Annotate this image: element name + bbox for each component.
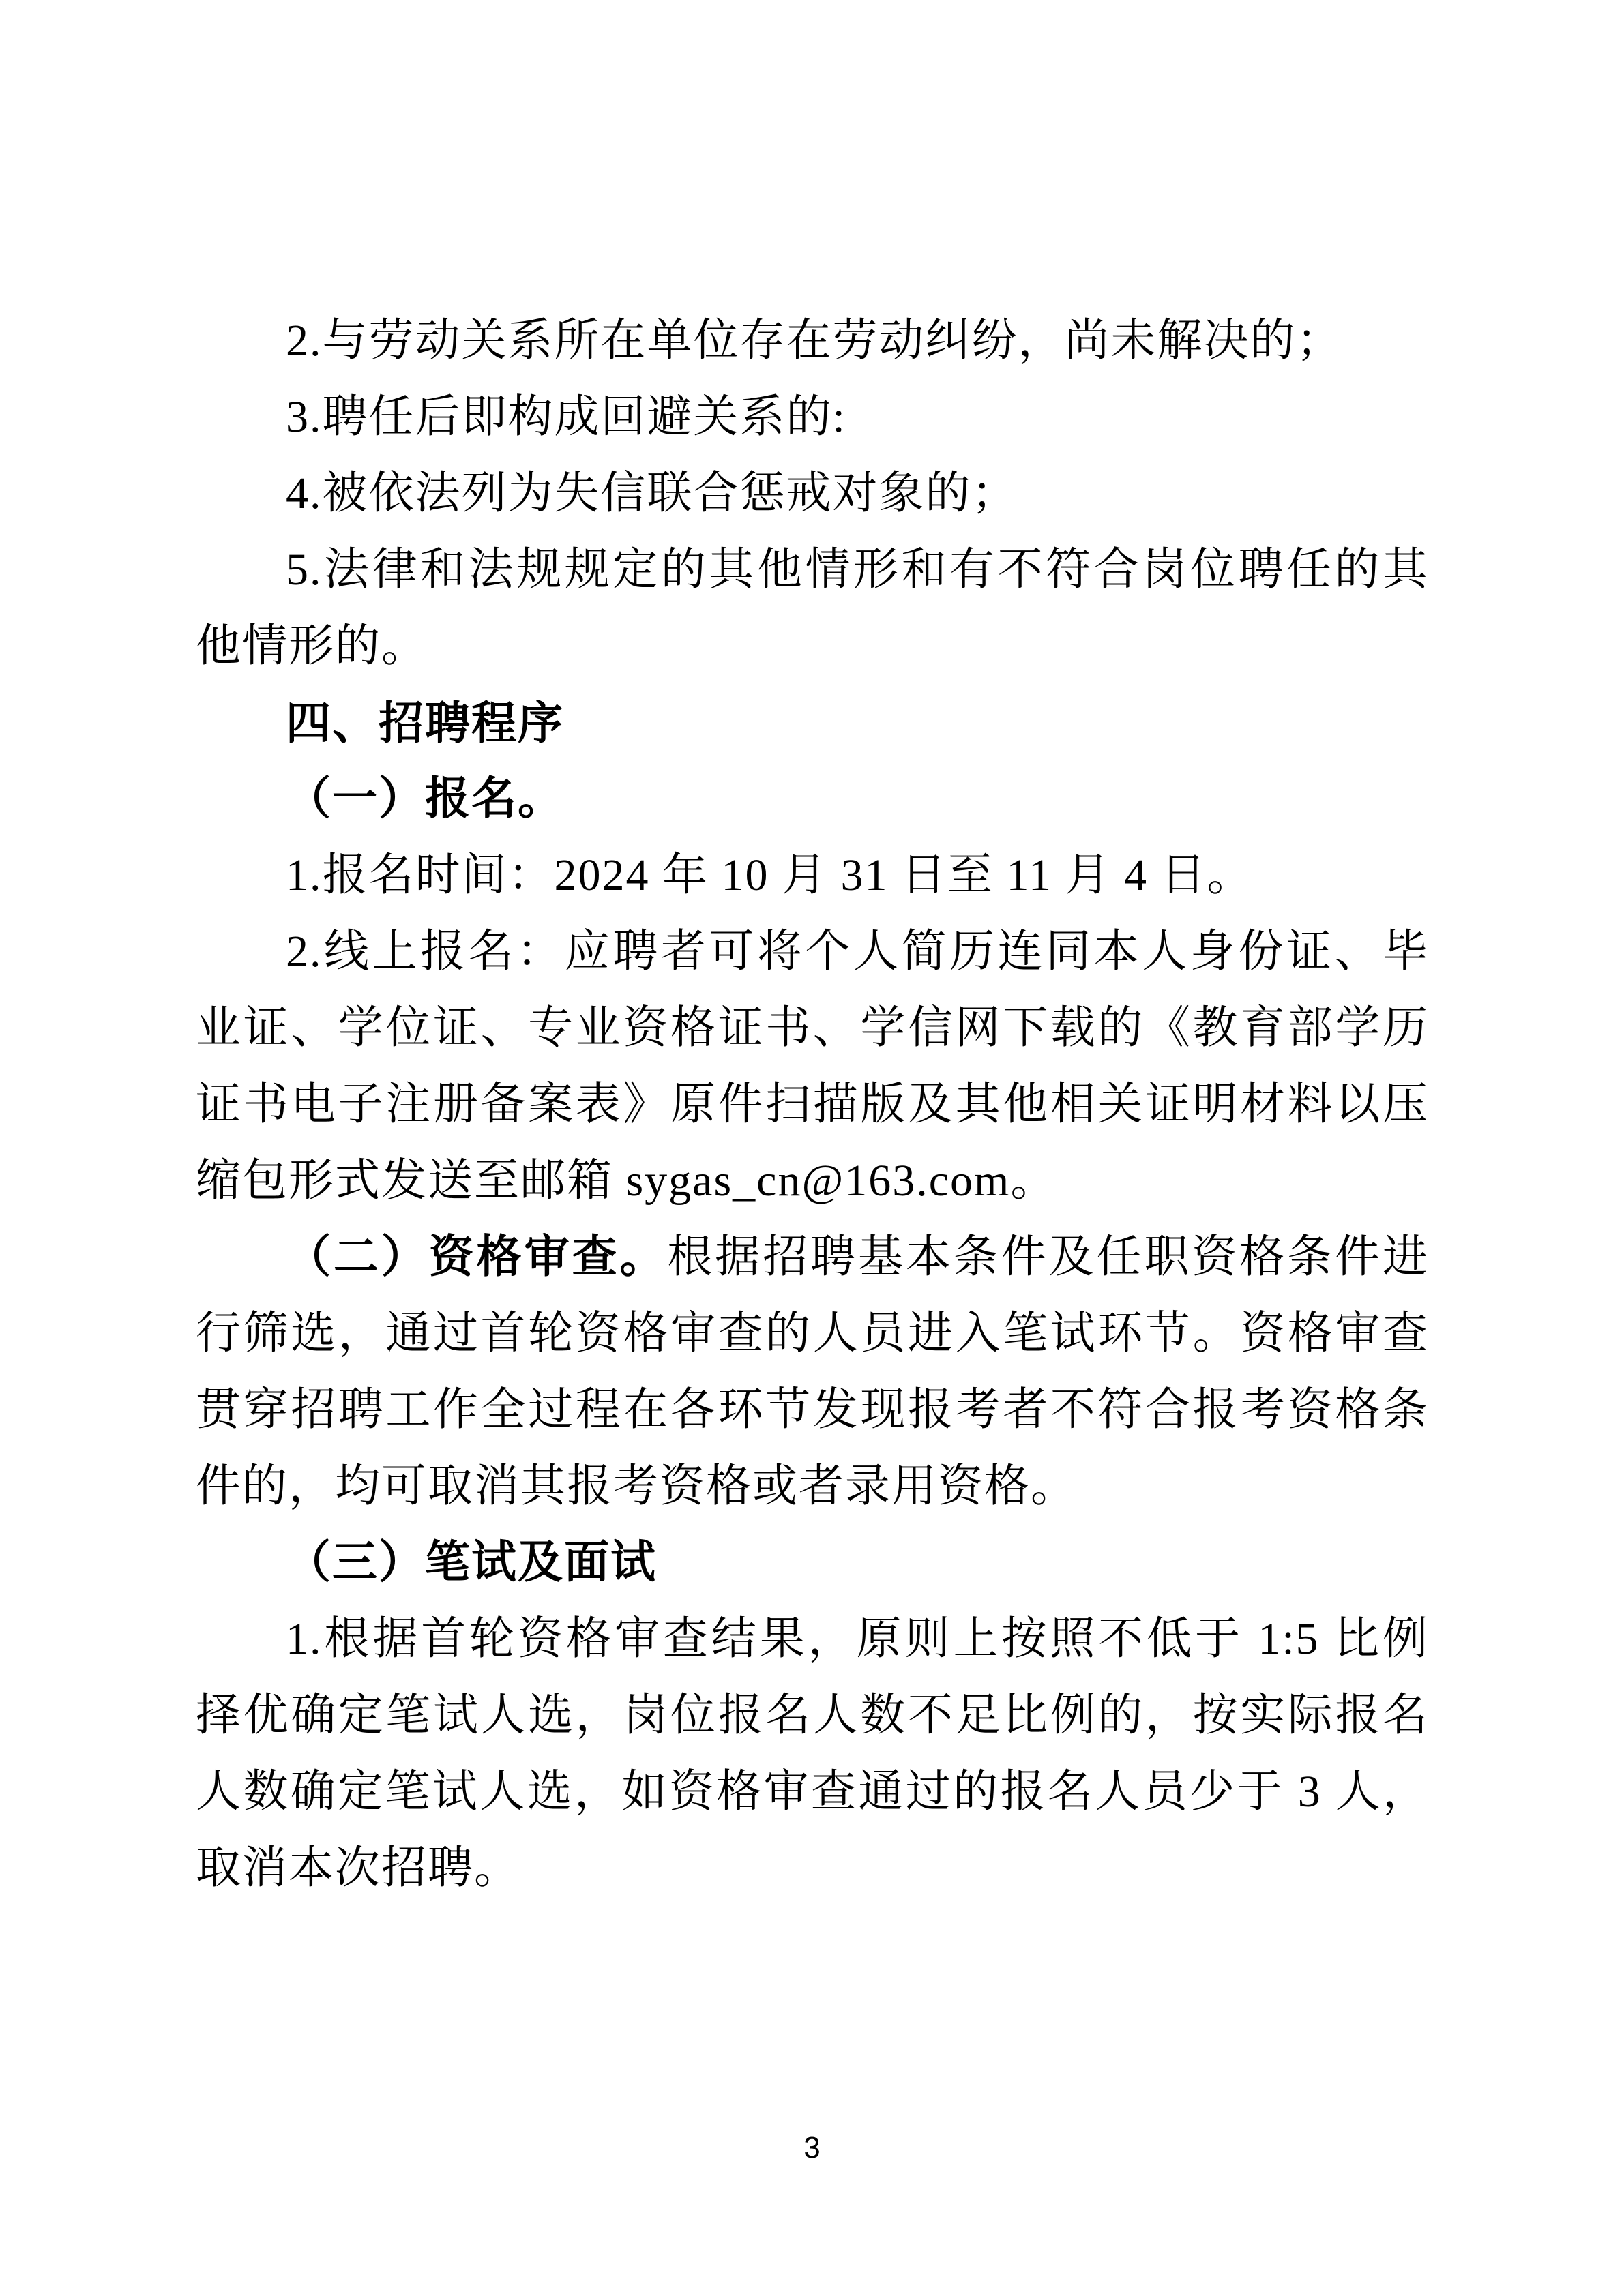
subsection-heading-registration: （一）报名。 <box>196 761 1429 837</box>
document-page: 2.与劳动关系所在单位存在劳动纠纷，尚未解决的； 3.聘任后即构成回避关系的: … <box>0 0 1624 2296</box>
paragraph-qualification-review: （二）资格审查。根据招聘基本条件及任职资格条件进行筛选，通过首轮资格审查的人员进… <box>196 1219 1429 1525</box>
list-item-avoidance-relationship: 3.聘任后即构成回避关系的: <box>196 379 1429 456</box>
list-item-other-circumstances: 5.法律和法规规定的其他情形和有不符合岗位聘任的其他情形的。 <box>196 532 1429 685</box>
subsection-heading-written-test-interview: （三）笔试及面试 <box>196 1525 1429 1601</box>
subsection-lead-qualification-review: （二）资格审查。 <box>286 1232 667 1282</box>
list-item-labor-dispute: 2.与劳动关系所在单位存在劳动纠纷，尚未解决的； <box>196 303 1429 379</box>
paragraph-registration-time: 1.报名时间：2024 年 10 月 31 日至 11 月 4 日。 <box>196 837 1429 914</box>
list-item-dishonesty-sanction: 4.被依法列为失信联合惩戒对象的； <box>196 456 1429 532</box>
document-body: 2.与劳动关系所在单位存在劳动纠纷，尚未解决的； 3.聘任后即构成回避关系的: … <box>196 303 1429 1907</box>
paragraph-online-registration: 2.线上报名：应聘者可将个人简历连同本人身份证、毕业证、学位证、专业资格证书、学… <box>196 914 1429 1219</box>
page-number: 3 <box>0 2130 1624 2166</box>
paragraph-written-test-ratio: 1.根据首轮资格审查结果，原则上按照不低于 1:5 比例择优确定笔试人选，岗位报… <box>196 1601 1429 1907</box>
section-heading-recruitment-procedure: 四、招聘程序 <box>196 685 1429 761</box>
